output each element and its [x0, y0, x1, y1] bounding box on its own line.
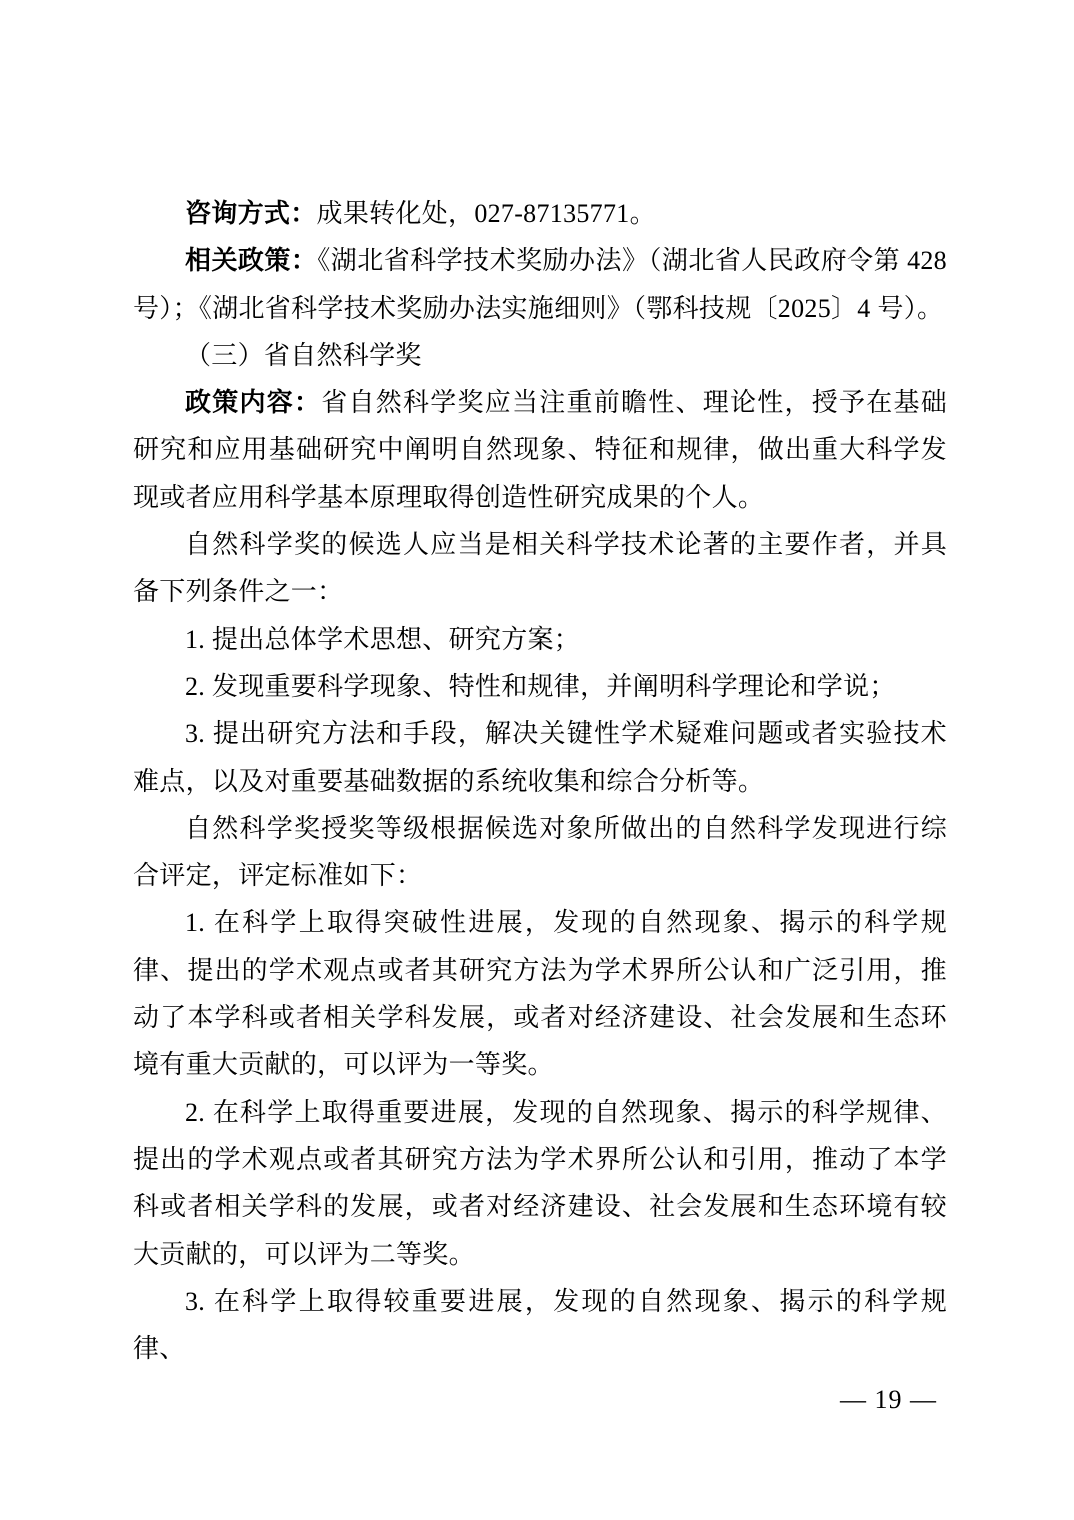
- section-heading-text: （三）省自然科学奖: [185, 341, 422, 370]
- paragraph-contact-method-text: 成果转化处，027-87135771。: [317, 199, 656, 228]
- list-item-condition-1-text: 1. 提出总体学术思想、研究方案；: [185, 625, 580, 654]
- list-item-condition-2-text: 2. 发现重要科学现象、特性和规律，并阐明科学理论和学说；: [185, 672, 896, 701]
- paragraph-related-policy: 相关政策：《湖北省科学技术奖励办法》（湖北省人民政府令第 428 号）；《湖北省…: [133, 237, 947, 332]
- label-contact-method: 咨询方式：: [185, 198, 317, 228]
- list-item-condition-1: 1. 提出总体学术思想、研究方案；: [133, 616, 947, 663]
- paragraph-policy-content: 政策内容：省自然科学奖应当注重前瞻性、理论性，授予在基础研究和应用基础研究中阐明…: [133, 379, 947, 521]
- list-item-condition-2: 2. 发现重要科学现象、特性和规律，并阐明科学理论和学说；: [133, 663, 947, 710]
- paragraph-grading-intro-text: 自然科学奖授奖等级根据候选对象所做出的自然科学发现进行综合评定，评定标准如下：: [133, 814, 947, 890]
- list-item-condition-3-text: 3. 提出研究方法和手段，解决关键性学术疑难问题或者实验技术难点，以及对重要基础…: [133, 719, 947, 795]
- page-number: — 19 —: [840, 1383, 937, 1417]
- paragraph-grade-second-prize-text: 2. 在科学上取得重要进展，发现的自然现象、揭示的科学规律、提出的学术观点或者其…: [133, 1098, 947, 1269]
- paragraph-candidate-conditions-intro: 自然科学奖的候选人应当是相关科学技术论著的主要作者，并具备下列条件之一：: [133, 521, 947, 616]
- paragraph-grade-third-prize-partial: 3. 在科学上取得较重要进展，发现的自然现象、揭示的科学规律、: [133, 1278, 947, 1373]
- paragraph-grade-first-prize: 1. 在科学上取得突破性进展，发现的自然现象、揭示的科学规律、提出的学术观点或者…: [133, 899, 947, 1088]
- document-page: 咨询方式：成果转化处，027-87135771。 相关政策：《湖北省科学技术奖励…: [0, 0, 1074, 1520]
- paragraph-grade-first-prize-text: 1. 在科学上取得突破性进展，发现的自然现象、揭示的科学规律、提出的学术观点或者…: [133, 908, 947, 1079]
- label-policy-content: 政策内容：: [185, 387, 321, 417]
- section-heading-natural-science-award: （三）省自然科学奖: [133, 332, 947, 379]
- paragraph-grading-intro: 自然科学奖授奖等级根据候选对象所做出的自然科学发现进行综合评定，评定标准如下：: [133, 805, 947, 900]
- paragraph-grade-second-prize: 2. 在科学上取得重要进展，发现的自然现象、揭示的科学规律、提出的学术观点或者其…: [133, 1089, 947, 1278]
- paragraph-contact-method: 咨询方式：成果转化处，027-87135771。: [133, 190, 947, 237]
- paragraph-grade-third-prize-partial-text: 3. 在科学上取得较重要进展，发现的自然现象、揭示的科学规律、: [133, 1287, 947, 1363]
- document-body: 咨询方式：成果转化处，027-87135771。 相关政策：《湖北省科学技术奖励…: [133, 190, 947, 1372]
- label-related-policy: 相关政策：: [185, 245, 317, 275]
- list-item-condition-3: 3. 提出研究方法和手段，解决关键性学术疑难问题或者实验技术难点，以及对重要基础…: [133, 710, 947, 805]
- paragraph-candidate-conditions-intro-text: 自然科学奖的候选人应当是相关科学技术论著的主要作者，并具备下列条件之一：: [133, 530, 947, 606]
